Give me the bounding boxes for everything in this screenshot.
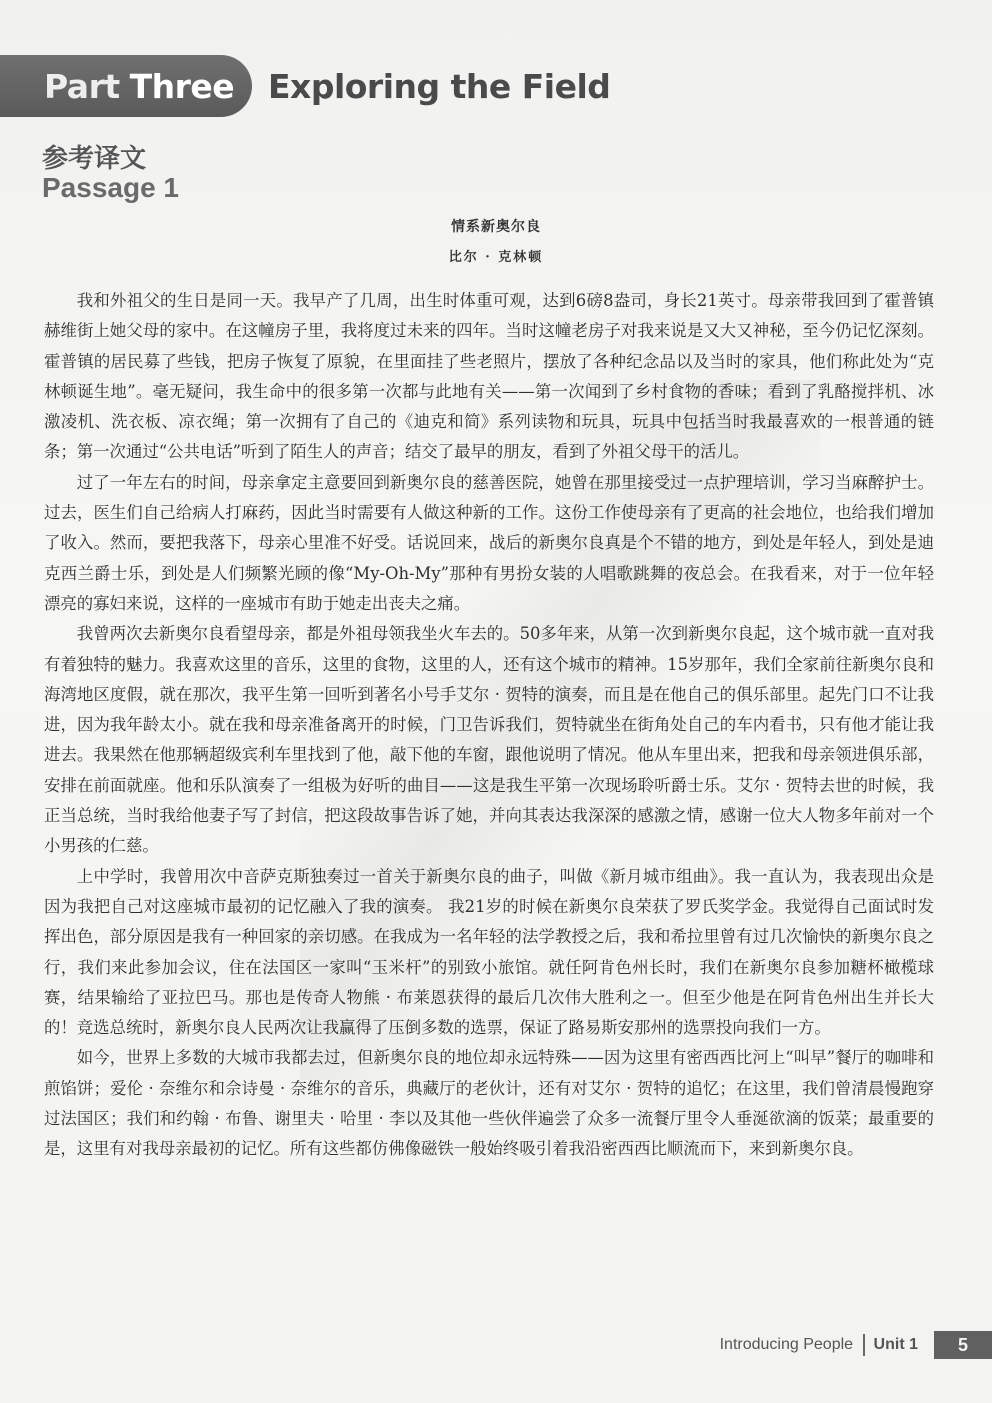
- paragraph: 上中学时，我曾用次中音萨克斯独奏过一首关于新奥尔良的曲子，叫做《新月城市组曲》。…: [44, 862, 934, 1044]
- article-author: 比尔 · 克林顿: [0, 246, 992, 265]
- page-number: 5: [934, 1331, 992, 1359]
- part-number: Three: [130, 67, 235, 106]
- article-body: 我和外祖父的生日是同一天。我早产了几周，出生时体重可观，达到6磅8盎司，身长21…: [44, 286, 934, 1165]
- article-title: 情系新奥尔良: [0, 216, 992, 236]
- page-footer: Introducing People Unit 1 5: [720, 1331, 992, 1359]
- footer-divider: [863, 1334, 865, 1356]
- part-title: Exploring the Field: [268, 67, 610, 106]
- unit-label: Unit 1: [874, 1336, 918, 1354]
- paragraph: 我曾两次去新奥尔良看望母亲，都是外祖母领我坐火车去的。50多年来，从第一次到新奥…: [44, 619, 934, 861]
- unit-title: Introducing People: [720, 1336, 853, 1354]
- paragraph: 如今，世界上多数的大城市我都去过，但新奥尔良的地位却永远特殊——因为这里有密西西…: [44, 1043, 934, 1164]
- paragraph: 我和外祖父的生日是同一天。我早产了几周，出生时体重可观，达到6磅8盎司，身长21…: [44, 286, 934, 468]
- part-badge: Part Three: [0, 55, 252, 117]
- part-word: Part: [44, 67, 120, 106]
- paragraph: 过了一年左右的时间，母亲拿定主意要回到新奥尔良的慈善医院，她曾在那里接受过一点护…: [44, 468, 934, 619]
- passage-heading: Passage 1: [42, 172, 179, 204]
- section-heading: 参考译文: [42, 138, 146, 175]
- part-header: Part Three Exploring the Field: [0, 54, 610, 118]
